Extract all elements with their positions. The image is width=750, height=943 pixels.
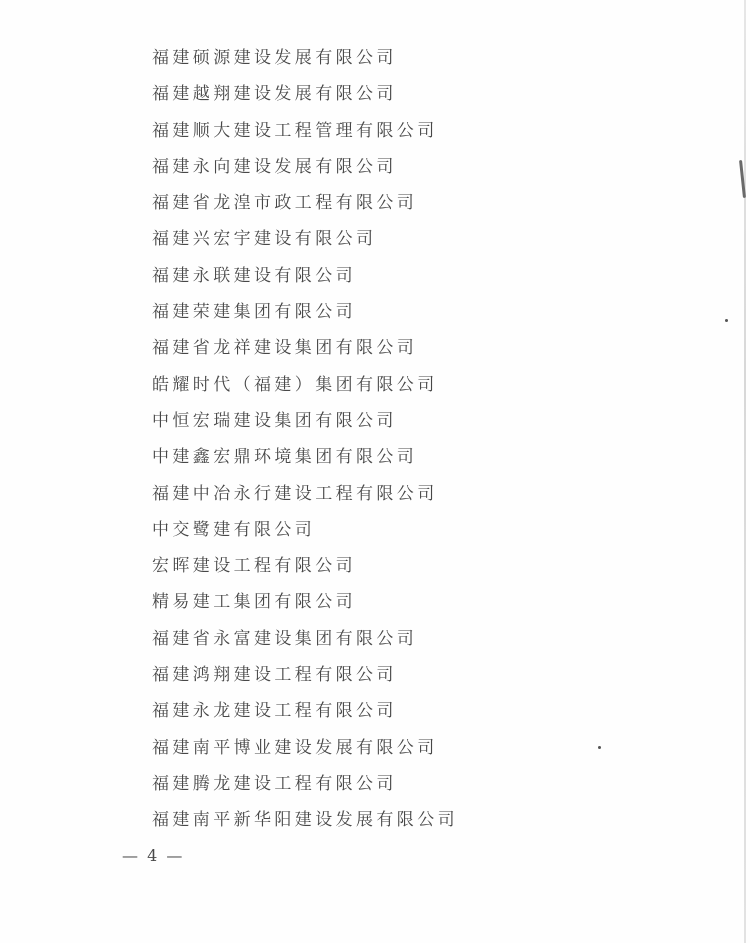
- page-edge-shadow: [744, 0, 746, 943]
- company-item: 福建硕源建设发展有限公司: [152, 44, 458, 80]
- company-item: 福建永联建设有限公司: [152, 262, 458, 298]
- company-item: 福建鸿翔建设工程有限公司: [152, 661, 458, 697]
- company-item: 福建南平博业建设发展有限公司: [152, 734, 458, 770]
- company-item: 福建南平新华阳建设发展有限公司: [152, 806, 458, 842]
- company-item: 福建永向建设发展有限公司: [152, 153, 458, 189]
- company-item: 福建永龙建设工程有限公司: [152, 697, 458, 733]
- company-item: 福建中冶永行建设工程有限公司: [152, 480, 458, 516]
- company-item: 中建鑫宏鼎环境集团有限公司: [152, 443, 458, 479]
- company-list: 福建硕源建设发展有限公司 福建越翔建设发展有限公司 福建顺大建设工程管理有限公司…: [152, 44, 458, 843]
- company-item: 福建顺大建设工程管理有限公司: [152, 117, 458, 153]
- company-item: 精易建工集团有限公司: [152, 588, 458, 624]
- page-number: — 4 —: [122, 846, 184, 865]
- scan-speck: [598, 746, 601, 749]
- scanned-page: 福建硕源建设发展有限公司 福建越翔建设发展有限公司 福建顺大建设工程管理有限公司…: [0, 0, 750, 943]
- company-item: 中交鹭建有限公司: [152, 516, 458, 552]
- company-item: 宏晖建设工程有限公司: [152, 552, 458, 588]
- company-item: 皓耀时代（福建）集团有限公司: [152, 371, 458, 407]
- company-item: 福建越翔建设发展有限公司: [152, 80, 458, 116]
- company-item: 福建荣建集团有限公司: [152, 298, 458, 334]
- company-item: 福建省龙湟市政工程有限公司: [152, 189, 458, 225]
- company-item: 福建省永富建设集团有限公司: [152, 625, 458, 661]
- company-item: 福建省龙祥建设集团有限公司: [152, 334, 458, 370]
- scan-speck: [725, 319, 728, 322]
- company-item: 福建腾龙建设工程有限公司: [152, 770, 458, 806]
- company-item: 中恒宏瑞建设集团有限公司: [152, 407, 458, 443]
- company-item: 福建兴宏宇建设有限公司: [152, 225, 458, 261]
